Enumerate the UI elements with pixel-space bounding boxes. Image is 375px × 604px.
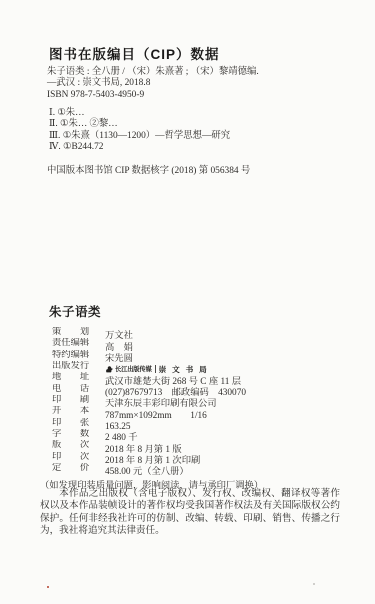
colophon-row-edition: 版 次2018 年 8 月第 1 版 (52, 440, 246, 451)
cip-class-item-2: Ⅱ. ①朱… ②黎… (49, 119, 230, 130)
colophon-row-contract-editor: 特约编辑宋先圆 (52, 350, 246, 361)
colophon-row-price: 定 价458.00 元（全八册） (52, 463, 246, 474)
logo-divider (155, 365, 156, 373)
colophon-label: 策 划 (52, 327, 92, 338)
colophon-label: 责任编辑 (52, 338, 92, 349)
cip-class-item-4: Ⅳ. ①B244.72 (49, 142, 230, 153)
cip-class-item-3: Ⅲ. ①朱熹（1130—1200）—哲学思想—研究 (49, 131, 230, 142)
cip-bibliographic-lines: 朱子语类 : 全八册 / （宋）朱熹著 ; （宋）黎靖德编. —武汉 : 崇文书… (47, 67, 259, 101)
colophon-row-wordcount: 字 数2 480 千 (52, 429, 246, 440)
publisher-group-name: 长江出版传媒 (115, 364, 152, 375)
colophon-label: 地 址 (52, 372, 92, 383)
copyright-notice: 本作品之出版权（含电子版权）、发行权、改编权、翻译权等著作权以及本作品装帧设计的… (40, 488, 340, 538)
colophon-label: 电 话 (52, 384, 92, 395)
book-title: 朱子语类 (49, 302, 101, 320)
scan-artifact-red-speck (47, 586, 49, 588)
cip-class-item-1: Ⅰ. ①朱… (49, 108, 230, 119)
colophon-label: 印 张 (52, 418, 92, 429)
colophon-row-planner: 策 划万文社 (52, 327, 246, 338)
cip-classification-list: Ⅰ. ①朱… Ⅱ. ①朱… ②黎… Ⅲ. ①朱熹（1130—1200）—哲学思想… (49, 108, 230, 154)
colophon-row-phone: 电 话(027)87679713 邮政编码 430070 (52, 384, 246, 395)
cip-registry-number: 中国版本图书馆 CIP 数据核字 (2018) 第 056384 号 (47, 162, 250, 176)
colophon-label: 特约编辑 (52, 350, 92, 361)
colophon-label: 版 次 (52, 440, 92, 451)
cip-line-isbn: ISBN 978-7-5403-4950-9 (47, 90, 259, 101)
colophon-label: 印 次 (52, 452, 92, 463)
colophon-label: 印 刷 (52, 395, 92, 406)
colophon-rows: 策 划万文社 责任编辑高 娟 特约编辑宋先圆 出版发行长江出版传媒崇 文 书 局… (52, 327, 246, 474)
swan-logo-icon (105, 365, 114, 374)
publisher-imprint-name: 崇 文 书 局 (159, 364, 209, 375)
cip-line-publisher: —武汉 : 崇文书局, 2018.8 (47, 78, 259, 89)
colophon-row-printing: 印 次2018 年 8 月第 1 次印刷 (52, 452, 246, 463)
colophon-value: 458.00 元（全八册） (105, 467, 189, 477)
scan-artifact-gray-speck (313, 583, 315, 585)
colophon-row-editor: 责任编辑高 娟 (52, 338, 246, 349)
colophon-label: 定 价 (52, 463, 92, 474)
colophon-row-publisher: 出版发行长江出版传媒崇 文 书 局 (52, 361, 246, 372)
cip-section-title: 图书在版编目（CIP）数据 (49, 43, 220, 63)
colophon-label: 开 本 (52, 406, 92, 417)
cip-line-title-author: 朱子语类 : 全八册 / （宋）朱熹著 ; （宋）黎靖德编. (47, 67, 259, 78)
colophon-label: 出版发行 (52, 361, 92, 372)
publisher-logo: 长江出版传媒崇 文 书 局 (105, 364, 209, 375)
book-copyright-page: 图书在版编目（CIP）数据 朱子语类 : 全八册 / （宋）朱熹著 ; （宋）黎… (0, 0, 375, 604)
colophon-label: 字 数 (52, 429, 92, 440)
